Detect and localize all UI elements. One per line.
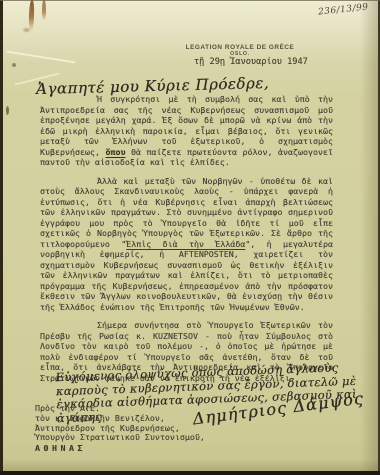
recipient-city: ΑΘΗΝΑΣ <box>35 444 205 454</box>
letter-body: Ἡ συγκρότησι μὲ τὴ συμβολή σας καὶ ὑπὸ τ… <box>40 94 333 391</box>
rust-stain <box>22 27 31 33</box>
recipient-line: Ὑπουργὸν Στρατιωτικοῦ Συντονισμοῦ, <box>35 433 205 443</box>
underlined-phrase: Ἐλπὶς διὰ τὴν Ἑλλάδα <box>126 239 245 249</box>
underlined-phrase: ὅπου <box>105 147 125 157</box>
scan-edge <box>0 471 380 475</box>
scan-edge <box>0 0 380 1</box>
scan-edge <box>0 0 3 475</box>
recipient-block: Πρὸς τὴν Α.Ε.τὸν κ. Σοφοκλῆν Βενιζέλον,Ἀ… <box>35 404 205 454</box>
paper-bottom-shadow <box>0 459 380 471</box>
ink-speck <box>12 63 16 67</box>
typed-paragraph: Ἀλλὰ καὶ μεταξὺ τῶν Νορβηγῶν - ὑποθέτω δ… <box>40 176 333 313</box>
letterhead-title: LEGATION ROYALE DE GRÈCE <box>166 44 314 51</box>
ink-speck <box>6 106 9 115</box>
typed-paragraph: Ἡ συγκρότησι μὲ τὴ συμβολή σας καὶ ὑπὸ τ… <box>40 94 333 168</box>
scanned-letter-page: 236/13/99 LEGATION ROYALE DE GRÈCE OSLO.… <box>0 0 380 475</box>
date-line: τῇ 29ῃ Ἰανουαρίου 1947 <box>194 57 308 67</box>
typed-text: ", ἡ μεγαλυτέρα νορβηγικὴ ἐφημερίς, ἡ AF… <box>40 239 333 312</box>
rust-stain <box>42 0 46 21</box>
